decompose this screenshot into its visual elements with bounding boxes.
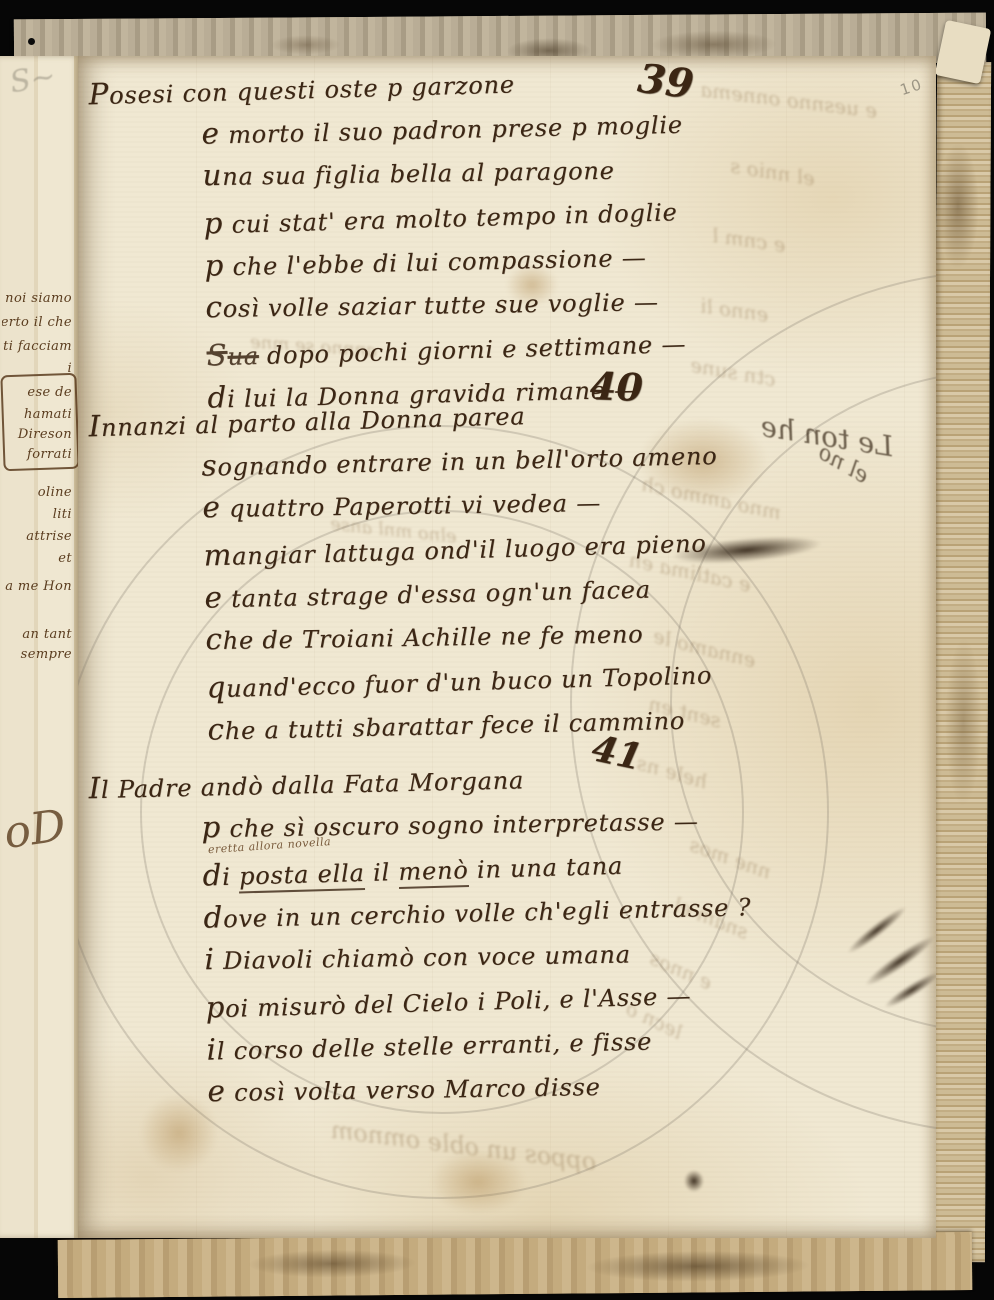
facing-page-sliver: noi siamocerto il cheti facciamiese deha… <box>0 56 80 1238</box>
margin-fragment: Direson <box>2 428 72 442</box>
margin-fragment: attrise <box>2 530 72 544</box>
margin-fragment: an tant <box>2 628 72 642</box>
margin-scribble: oD <box>1 800 69 859</box>
margin-fragment: certo il che <box>2 316 72 330</box>
stanza-39: Posesi con questi oste p garzone e morto… <box>88 53 906 423</box>
binding-hole <box>28 38 35 45</box>
margin-fragment: i <box>2 362 72 376</box>
margin-fragment: et <box>2 552 72 566</box>
stain <box>430 1150 526 1214</box>
margin-fragment: ese de <box>2 386 72 400</box>
verse-text: in una tana <box>468 852 623 884</box>
verse-text: di <box>202 862 239 891</box>
manuscript-photo: noi siamocerto il cheti facciamiese deha… <box>0 0 994 1300</box>
margin-fragment: noi siamo <box>2 292 72 306</box>
bleedthrough-text: oppos un oble omnom <box>329 1116 598 1176</box>
stanza-41: eretta allora novella Il Padre andò dall… <box>88 749 906 1119</box>
underlined-word: posta ella <box>239 859 365 893</box>
margin-fragment: ti facciam <box>2 340 72 354</box>
margin-fragment: forrati <box>2 448 72 462</box>
verse-text: il <box>364 858 399 887</box>
margin-fragment: oline <box>2 486 72 500</box>
margin-fragment: a me Hon <box>2 580 72 594</box>
book-fore-edge <box>931 62 991 1262</box>
folio-number: 10 <box>898 75 926 99</box>
stanza-40: Innanzi al parto alla Donna parea sognan… <box>88 385 906 755</box>
verse-text: dopo pochi giorni e settimane — <box>266 330 686 370</box>
ink-drop <box>684 1170 704 1192</box>
underlined-word: menò <box>398 856 469 889</box>
margin-fragment: sempre <box>2 648 72 662</box>
book-tail-edge <box>58 1232 972 1298</box>
struck-word: Sua <box>206 342 259 371</box>
margin-fragment: hamati <box>2 408 72 422</box>
margin-fragment: liti <box>2 508 72 522</box>
